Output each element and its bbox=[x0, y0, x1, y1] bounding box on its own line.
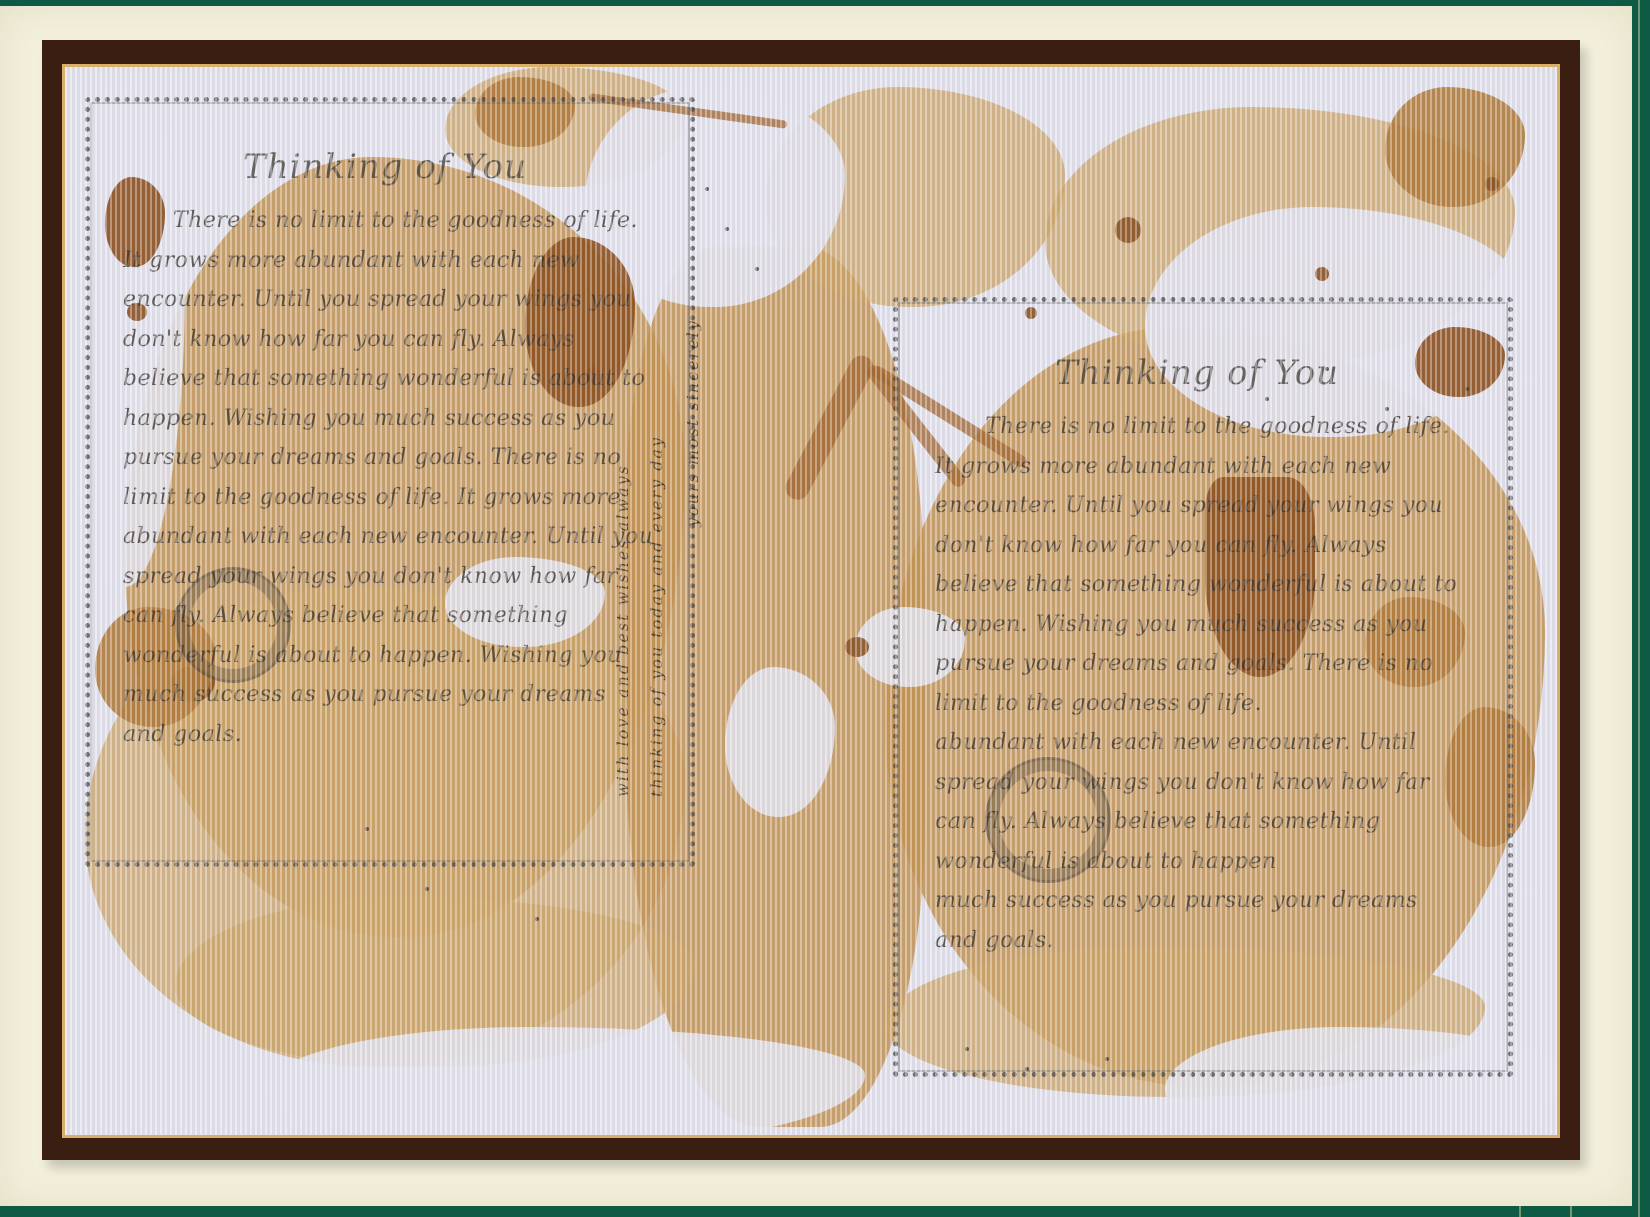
ink-speck bbox=[535, 917, 539, 921]
stamped-line: pursue your dreams and goals. There is n… bbox=[935, 644, 1515, 684]
ink-speck bbox=[1325, 367, 1329, 371]
ink-speck bbox=[755, 267, 759, 271]
coffee-drop bbox=[1315, 267, 1329, 281]
stamped-line: limit to the goodness of life. bbox=[935, 684, 1515, 724]
stamped-line: There is no limit to the goodness of lif… bbox=[935, 407, 1515, 447]
coffee-drop bbox=[845, 637, 869, 657]
stamped-line: and goals. bbox=[935, 921, 1515, 961]
stamped-line: abundant with each new encounter. Until … bbox=[123, 517, 683, 557]
stamped-line: don't know how far you can fly. Always bbox=[123, 320, 683, 360]
ink-speck bbox=[1465, 387, 1469, 391]
stamped-line: happen. Wishing you much success as you bbox=[123, 399, 683, 439]
stamped-line: It grows more abundant with each new bbox=[123, 241, 683, 281]
stamped-line: believe that something wonderful is abou… bbox=[123, 359, 683, 399]
stamped-title: Thinking of You bbox=[1055, 353, 1515, 393]
ink-speck bbox=[365, 827, 369, 831]
coffee-drop bbox=[1115, 217, 1141, 243]
ink-speck bbox=[965, 1047, 969, 1051]
stamped-line: spread your wings you don't know how far bbox=[935, 763, 1515, 803]
ink-speck bbox=[1385, 407, 1389, 411]
stamped-line: abundant with each new encounter. Until bbox=[935, 723, 1515, 763]
stamped-line: encounter. Until you spread your wings y… bbox=[935, 486, 1515, 526]
stamped-line: much success as you pursue your dreams bbox=[123, 675, 683, 715]
stamped-line: encounter. Until you spread your wings y… bbox=[123, 280, 683, 320]
vertical-script-text: yours most sincerely bbox=[683, 107, 702, 527]
cutting-mat-grid-line bbox=[1638, 0, 1640, 1217]
stamped-text-right: Thinking of You There is no limit to the… bbox=[935, 353, 1515, 960]
ink-speck bbox=[1025, 1067, 1029, 1071]
stamped-line: limit to the goodness of life. It grows … bbox=[123, 478, 683, 518]
stamped-line: believe that something wonderful is abou… bbox=[935, 565, 1515, 605]
stamped-line: can fly. Always believe that something bbox=[123, 596, 683, 636]
stamped-line: and goals. bbox=[123, 715, 683, 755]
stamped-line: can fly. Always believe that something bbox=[935, 802, 1515, 842]
stamped-line: wonderful is about to happen. Wishing yo… bbox=[123, 636, 683, 676]
ink-speck bbox=[1265, 397, 1269, 401]
stamped-line: pursue your dreams and goals. There is n… bbox=[123, 438, 683, 478]
ink-speck bbox=[425, 887, 429, 891]
ink-speck bbox=[725, 227, 729, 231]
ink-speck bbox=[1105, 1057, 1109, 1061]
stamped-line: don't know how far you can fly. Always bbox=[935, 526, 1515, 566]
coffee-stained-panel: with love and best wishes always thinkin… bbox=[62, 64, 1560, 1138]
stamped-title: Thinking of You bbox=[243, 147, 683, 187]
stamped-line: spread your wings you don't know how far bbox=[123, 557, 683, 597]
stamped-line: wonderful is about to happen bbox=[935, 842, 1515, 882]
stamped-line: happen. Wishing you much success as you bbox=[935, 605, 1515, 645]
stamped-line: much success as you pursue your dreams bbox=[935, 881, 1515, 921]
stamped-line: It grows more abundant with each new bbox=[935, 447, 1515, 487]
coffee-drop bbox=[1485, 177, 1499, 191]
stamped-text-left: Thinking of You There is no limit to the… bbox=[123, 147, 683, 754]
ink-speck bbox=[705, 187, 709, 191]
stamped-line: There is no limit to the goodness of lif… bbox=[123, 201, 683, 241]
paper-white-patch bbox=[265, 1027, 865, 1138]
